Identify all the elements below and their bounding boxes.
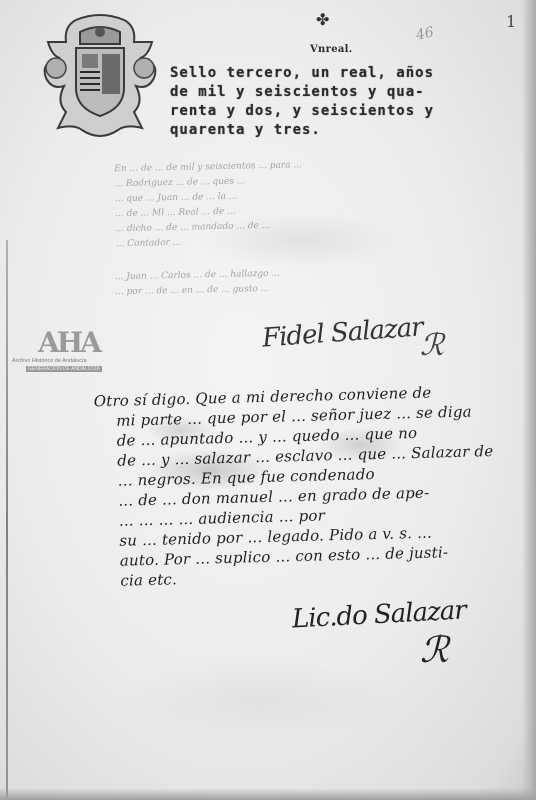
- archive-logo: AHA: [38, 326, 99, 359]
- rubric-flourish-icon: ℛ: [420, 328, 444, 363]
- stamp-heading-line: renta y dos, y seiscientos y: [170, 102, 500, 121]
- rubric-flourish-icon: ℛ: [420, 630, 449, 671]
- royal-coat-of-arms-seal: [36, 12, 164, 140]
- signature-second: Lic.do Salazar: [291, 595, 466, 634]
- stamp-value-label: Vnreal.: [310, 44, 353, 55]
- stamp-heading-line: de mil y seiscientos y qua-: [170, 83, 500, 102]
- stamped-paper-heading: Sello tercero, un real, años de mil y se…: [170, 64, 500, 140]
- page-right-edge: [522, 0, 536, 800]
- page-bottom-edge: [0, 788, 536, 800]
- main-handwritten-text: Otro sí digo. Que a mi derecho conviene …: [73, 380, 528, 592]
- folio-number: 1: [506, 12, 516, 31]
- cross-ornament-icon: ✤: [316, 10, 329, 29]
- signature-first: Fidel Salazar: [261, 312, 423, 353]
- stamp-heading-line: quarenta y tres.: [170, 121, 500, 140]
- faded-paragraph-2: ... Juan ... Carlos ... de ... hallazgo …: [115, 262, 516, 300]
- faded-paragraph: En ... de ... de mil y seiscientos ... p…: [114, 154, 516, 252]
- archive-watermark-stamp: AHA Archivo Histórico de Andalucía GENER…: [8, 326, 128, 378]
- stamp-heading-line: Sello tercero, un real, años: [170, 64, 500, 83]
- manuscript-page: ✤ Vnreal. 46 1 Sello tercero, un real, a…: [0, 0, 536, 800]
- page-left-edge: [6, 240, 8, 800]
- archive-subtitle: GENERACIÓN DE ANDALUCÍA: [26, 366, 102, 372]
- pencil-folio-annotation: 46: [415, 24, 436, 43]
- archive-name: Archivo Histórico de Andalucía: [12, 358, 87, 364]
